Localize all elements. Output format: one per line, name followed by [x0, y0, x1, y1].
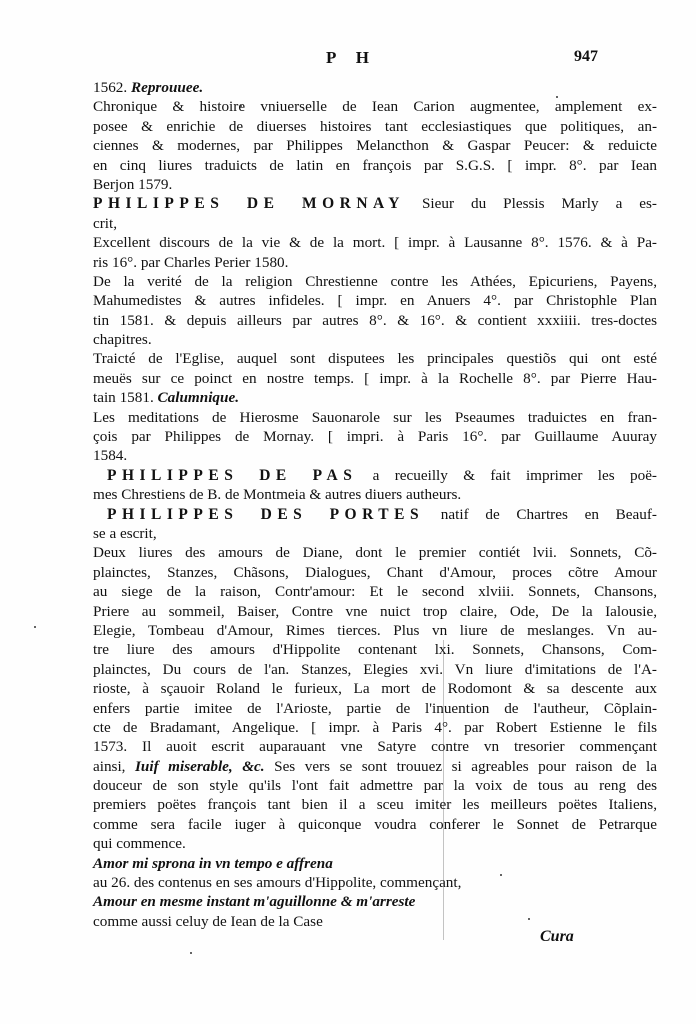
text-segment: Elegie, Tombeau d'Amour, Rimes tierces. … [93, 622, 657, 639]
text-line: PHILIPPES DES PORTES natif de Chartres e… [93, 505, 657, 524]
text-segment: Amor mi sprona in vn tempo e affrena [93, 855, 333, 872]
text-line: se a escrit, [93, 524, 657, 543]
text-segment: douceur de son style qu'ils l'ont fait a… [93, 777, 657, 794]
scan-speck [240, 105, 242, 107]
text-segment: tre liure des amours d'Hippolite contena… [93, 641, 657, 658]
text-line: Deux liures des amours de Diane, dont le… [93, 543, 657, 562]
text-segment: rioste, à sçauoir Roland le furieux, La … [93, 680, 657, 697]
text-line: PHILIPPES DE MORNAY Sieur du Plessis Mar… [93, 194, 657, 213]
text-segment: ciennes & modernes, par Philippes Melanc… [93, 137, 657, 154]
running-head-title: P H [326, 48, 377, 68]
text-line: douceur de son style qu'ils l'ont fait a… [93, 776, 657, 795]
text-segment: mes Chrestiens de B. de Montmeia & autre… [93, 486, 461, 503]
running-head: P H 947 [0, 48, 696, 72]
scan-artifact-line [443, 640, 444, 940]
scanned-page: P H 947 1562. Reprouuee.Chronique & hist… [0, 0, 696, 1024]
text-line: ciennes & modernes, par Philippes Melanc… [93, 136, 657, 155]
text-segment: Ses vers se sont trouuez si agreables po… [265, 758, 657, 775]
text-line: tin 1581. & depuis ailleurs par autres 8… [93, 311, 657, 330]
text-segment: Mahumedistes & autres infideles. [ impr.… [93, 292, 657, 309]
text-line: en cinq liures traduicts de latin en fra… [93, 156, 657, 175]
text-line: ainsi, Iuif miserable, &c. Ses vers se s… [93, 757, 657, 776]
scan-speck [500, 874, 502, 876]
text-segment: plainctes, Stanzes, Chãsons, Dialogues, … [93, 564, 657, 581]
text-line: plainctes, Du cours de l'an. Stanzes, El… [93, 660, 657, 679]
text-line: plainctes, Stanzes, Chãsons, Dialogues, … [93, 563, 657, 582]
text-segment: Reprouuee. [131, 79, 203, 96]
text-segment: Amour en mesme instant m'aguillonne & m'… [93, 893, 415, 910]
text-segment: 1573. Il auoit escrit auparauant vne Sat… [93, 738, 657, 755]
text-line: tain 1581. Calumnique. [93, 388, 657, 407]
text-line: Chronique & histoire vniuerselle de Iean… [93, 97, 657, 116]
text-line: au siege de la raison, Contr'amour: Et l… [93, 582, 657, 601]
author-name: PHILIPPES DES PORTES [107, 506, 424, 523]
text-segment: qui commence. [93, 835, 186, 852]
text-segment: Chronique & histoire vniuerselle de Iean… [93, 98, 657, 115]
text-line: Berjon 1579. [93, 175, 657, 194]
text-segment: Sieur du Plessis Marly a es- [405, 195, 657, 212]
text-segment: 1562. [93, 79, 131, 96]
text-line: chapitres. [93, 330, 657, 349]
text-line: çois par Philippes de Mornay. [ impri. à… [93, 427, 657, 446]
text-segment: chapitres. [93, 331, 152, 348]
text-line: crit, [93, 214, 657, 233]
text-segment: crit, [93, 215, 117, 232]
text-segment: tain 1581. [93, 389, 158, 406]
text-line: 1584. [93, 446, 657, 465]
text-line: Les meditations de Hierosme Sauonarole s… [93, 408, 657, 427]
text-line: premiers poëtes françois tant bien il a … [93, 795, 657, 814]
text-segment: Berjon 1579. [93, 176, 172, 193]
page-number: 947 [574, 48, 598, 66]
text-line: comme sera facile iuger à quiconque voud… [93, 815, 657, 834]
catchword: Cura [540, 928, 574, 946]
text-segment: Excellent discours de la vie & de la mor… [93, 234, 657, 251]
text-segment: a recueilly & fait imprimer les poë- [357, 467, 657, 484]
text-segment: tin 1581. & depuis ailleurs par autres 8… [93, 312, 657, 329]
text-segment: premiers poëtes françois tant bien il a … [93, 796, 657, 813]
text-segment: Deux liures des amours de Diane, dont le… [93, 544, 657, 561]
body-text: 1562. Reprouuee.Chronique & histoire vni… [93, 78, 657, 931]
text-line: PHILIPPES DE PAS a recueilly & fait impr… [93, 466, 657, 485]
text-line: 1562. Reprouuee. [93, 78, 657, 97]
text-line: 1573. Il auoit escrit auparauant vne Sat… [93, 737, 657, 756]
text-line: enfers partie imitee de l'Arioste, parti… [93, 699, 657, 718]
text-line: Mahumedistes & autres infideles. [ impr.… [93, 291, 657, 310]
text-line: qui commence. [93, 834, 657, 853]
text-line: De la verité de la religion Chrestienne … [93, 272, 657, 291]
text-segment: au 26. des contenus en ses amours d'Hipp… [93, 874, 461, 891]
text-segment: 1584. [93, 447, 127, 464]
text-segment: ris 16°. par Charles Perier 1580. [93, 254, 288, 271]
scan-speck [190, 952, 192, 954]
text-segment: De la verité de la religion Chrestienne … [93, 273, 657, 290]
text-line: ris 16°. par Charles Perier 1580. [93, 253, 657, 272]
text-segment: meuës sur ce poinct en nostre temps. [ i… [93, 370, 657, 387]
text-segment: Iuif miserable, &c. [135, 758, 265, 775]
author-name: PHILIPPES DE MORNAY [93, 195, 405, 212]
scan-speck [528, 918, 530, 920]
text-line: posee & enrichie de diuerses histoires t… [93, 117, 657, 136]
text-segment: natif de Chartres en Beauf- [424, 506, 657, 523]
text-segment: comme sera facile iuger à quiconque voud… [93, 816, 657, 833]
text-segment: ainsi, [93, 758, 135, 775]
text-segment: plainctes, Du cours de l'an. Stanzes, El… [93, 661, 657, 678]
text-line: rioste, à sçauoir Roland le furieux, La … [93, 679, 657, 698]
text-line: Priere au sommeil, Baiser, Contre vne nu… [93, 602, 657, 621]
text-segment: Calumnique. [158, 389, 239, 406]
text-segment: Traicté de l'Eglise, auquel sont dispute… [93, 350, 657, 367]
text-segment: posee & enrichie de diuerses histoires t… [93, 118, 657, 135]
text-segment: en cinq liures traduicts de latin en fra… [93, 157, 657, 174]
text-line: Traicté de l'Eglise, auquel sont dispute… [93, 349, 657, 368]
text-line: Amor mi sprona in vn tempo e affrena [93, 854, 657, 873]
text-line: Excellent discours de la vie & de la mor… [93, 233, 657, 252]
text-segment: Les meditations de Hierosme Sauonarole s… [93, 409, 657, 426]
text-segment: se a escrit, [93, 525, 157, 542]
author-name: PHILIPPES DE PAS [107, 467, 357, 484]
text-segment: cte de Bradamant, Angelique. [ impr. à P… [93, 719, 657, 736]
text-segment: comme aussi celuy de Iean de la Case [93, 913, 323, 930]
text-segment: au siege de la raison, Contr'amour: Et l… [93, 583, 657, 600]
text-line: au 26. des contenus en ses amours d'Hipp… [93, 873, 657, 892]
text-line: tre liure des amours d'Hippolite contena… [93, 640, 657, 659]
text-line: cte de Bradamant, Angelique. [ impr. à P… [93, 718, 657, 737]
text-line: mes Chrestiens de B. de Montmeia & autre… [93, 485, 657, 504]
scan-speck [556, 96, 558, 98]
scan-speck [34, 626, 36, 628]
text-segment: enfers partie imitee de l'Arioste, parti… [93, 700, 657, 717]
text-segment: Priere au sommeil, Baiser, Contre vne nu… [93, 603, 657, 620]
text-line: Amour en mesme instant m'aguillonne & m'… [93, 892, 657, 911]
text-line: meuës sur ce poinct en nostre temps. [ i… [93, 369, 657, 388]
text-line: Elegie, Tombeau d'Amour, Rimes tierces. … [93, 621, 657, 640]
text-segment: çois par Philippes de Mornay. [ impri. à… [93, 428, 657, 445]
